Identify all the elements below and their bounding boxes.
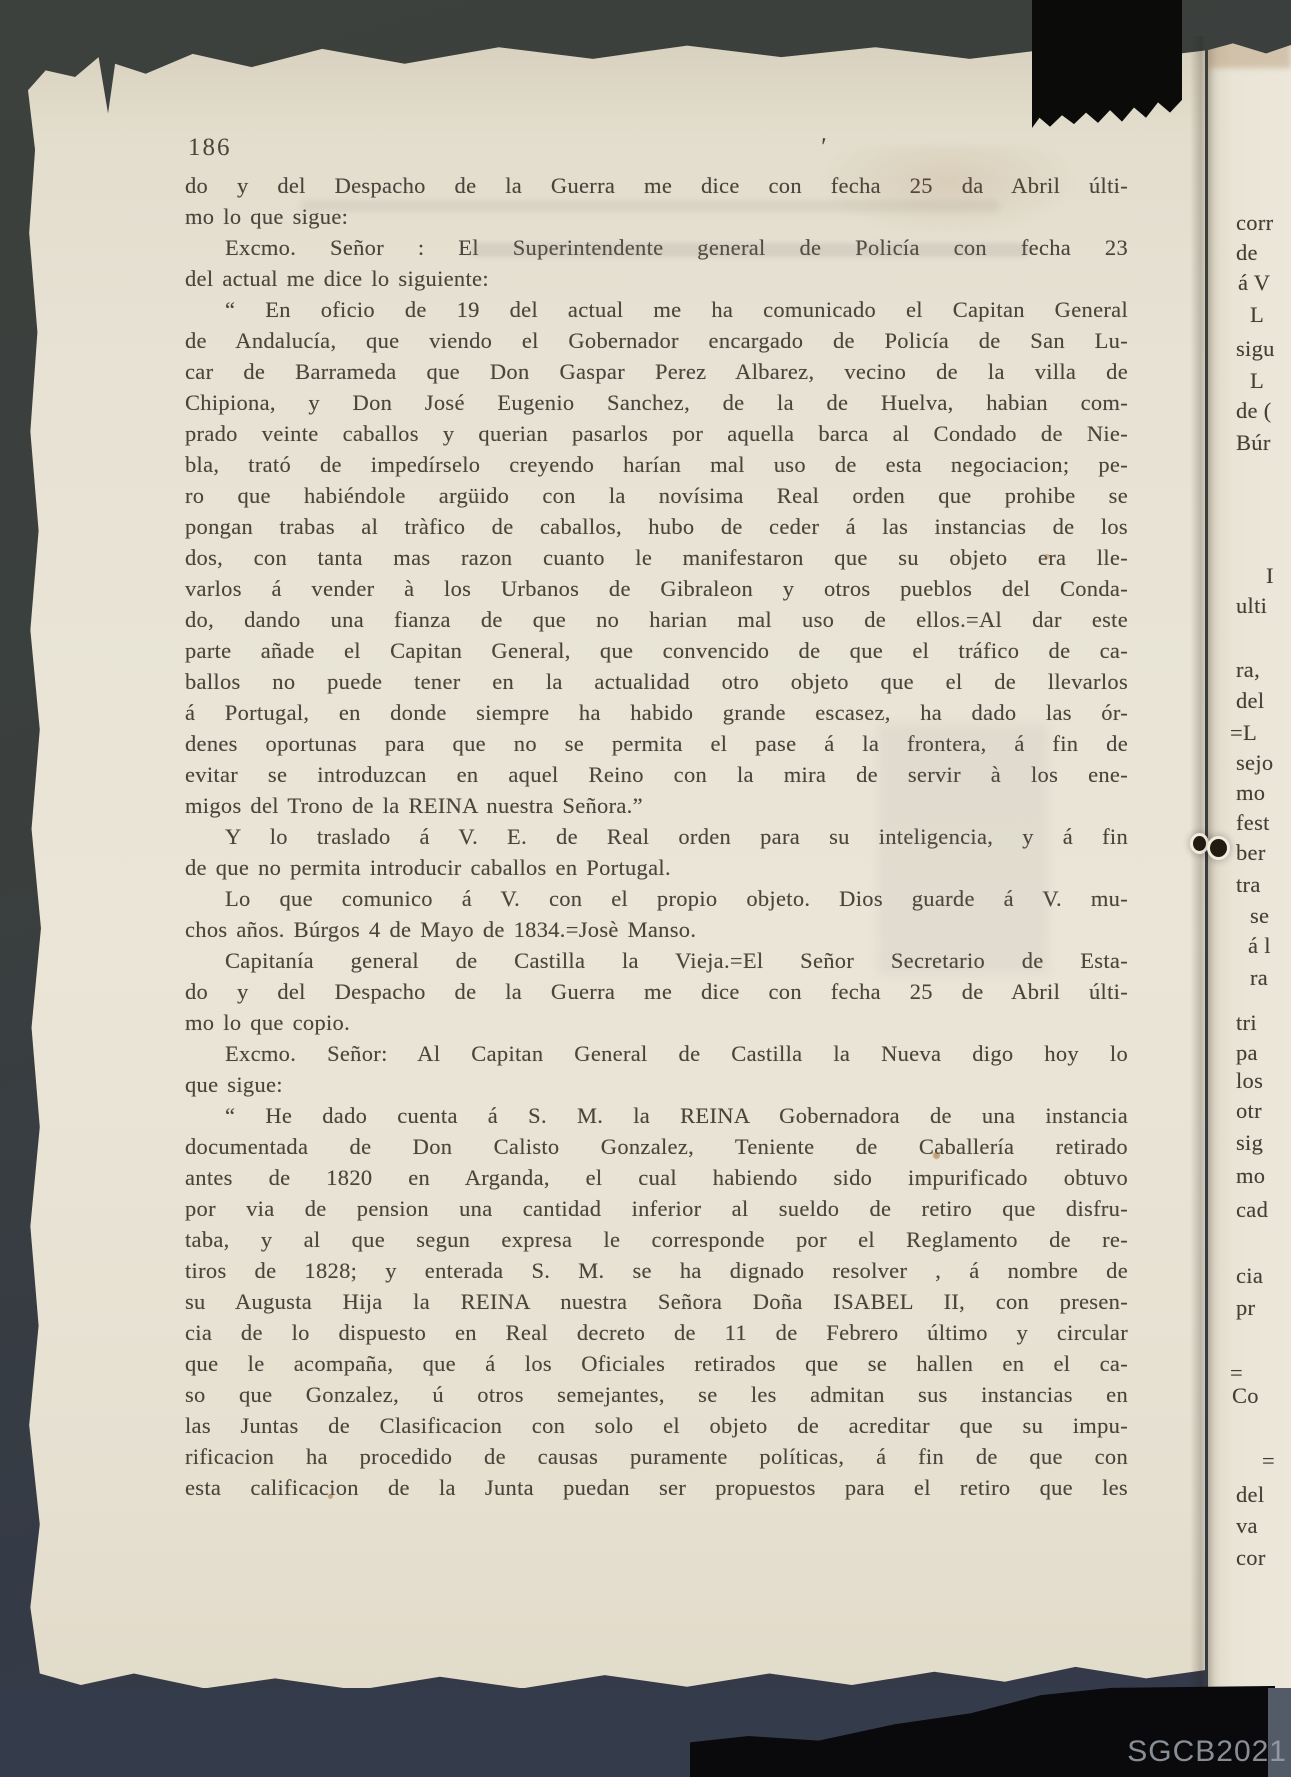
page-number: 186 bbox=[188, 134, 232, 162]
wormhole bbox=[1210, 839, 1227, 857]
next-page-fragment: ra, bbox=[1236, 657, 1260, 683]
text-line: Y lo traslado á V. E. de Real orden para… bbox=[185, 821, 1128, 852]
text-line: “ En oficio de 19 del actual me ha comun… bbox=[185, 294, 1128, 325]
next-page-fragment: Co bbox=[1232, 1383, 1259, 1409]
text-line: antes de 1820 en Arganda, el cual habien… bbox=[185, 1162, 1128, 1193]
next-page-fragment: ulti bbox=[1236, 593, 1267, 619]
next-page-fragment: Búr bbox=[1236, 430, 1271, 456]
next-page-fragment: =L bbox=[1230, 720, 1257, 746]
text-line: mo lo que copio. bbox=[185, 1007, 1128, 1038]
text-line: migos del Trono de la REINA nuestra Seño… bbox=[185, 790, 1128, 821]
text-line: taba, y al que segun expresa le correspo… bbox=[185, 1224, 1128, 1255]
next-page-fragment: á l bbox=[1248, 933, 1271, 959]
text-line: su Augusta Hija la REINA nuestra Señora … bbox=[185, 1286, 1128, 1317]
text-line: á Portugal, en donde siempre ha habido g… bbox=[185, 697, 1128, 728]
next-page-fragment: ber bbox=[1236, 840, 1266, 866]
text-line: pongan trabas al tràfico de caballos, hu… bbox=[185, 511, 1128, 542]
watermark: SGCB2021 bbox=[1127, 1735, 1287, 1769]
text-line: ro que habiéndole argüido con la novísim… bbox=[185, 480, 1128, 511]
text-line: chos años. Búrgos 4 de Mayo de 1834.=Jos… bbox=[185, 914, 1128, 945]
next-page-fragment: mo bbox=[1236, 780, 1265, 806]
text-line: so que Gonzalez, ú otros semejantes, se … bbox=[185, 1379, 1128, 1410]
text-line: Lo que comunico á V. con el propio objet… bbox=[185, 883, 1128, 914]
next-page-fragment: cor bbox=[1236, 1545, 1266, 1571]
next-page-fragment: sigu bbox=[1236, 336, 1275, 362]
next-page-fragment: mo bbox=[1236, 1163, 1265, 1189]
text-line: tiros de 1828; y enterada S. M. se ha di… bbox=[185, 1255, 1128, 1286]
text-line: rificacion ha procedido de causas purame… bbox=[185, 1441, 1128, 1472]
text-line: do y del Despacho de la Guerra me dice c… bbox=[185, 170, 1128, 201]
text-line: esta calificacion de la Junta puedan ser… bbox=[185, 1472, 1128, 1503]
text-line: cia de lo dispuesto en Real decreto de 1… bbox=[185, 1317, 1128, 1348]
text-line: documentada de Don Calisto Gonzalez, Ten… bbox=[185, 1131, 1128, 1162]
next-page-fragment: L bbox=[1250, 302, 1264, 328]
next-page-fragment: = bbox=[1262, 1448, 1275, 1474]
wormhole bbox=[1193, 836, 1206, 851]
text-line: prado veinte caballos y querian pasarlos… bbox=[185, 418, 1128, 449]
text-line: de que no permita introducir caballos en… bbox=[185, 852, 1128, 883]
text-line: bla, trató de impedírselo creyendo haría… bbox=[185, 449, 1128, 480]
stain bbox=[1208, 40, 1291, 68]
next-page-fragment: los bbox=[1236, 1068, 1263, 1094]
next-page-fragment: pa bbox=[1236, 1040, 1258, 1066]
next-page-fragment: ra bbox=[1250, 965, 1268, 991]
next-page-fragment: de bbox=[1236, 240, 1258, 266]
text-line: do, dando una fianza de que no harian ma… bbox=[185, 604, 1128, 635]
text-line: ballos no puede tener en la actualidad o… bbox=[185, 666, 1128, 697]
text-line: por via de pension una cantidad inferior… bbox=[185, 1193, 1128, 1224]
text-line: de Andalucía, que viendo el Gobernador e… bbox=[185, 325, 1128, 356]
next-page-fragment: tri bbox=[1236, 1010, 1257, 1036]
next-page-fragment: corr bbox=[1236, 210, 1273, 236]
body-text: do y del Despacho de la Guerra me dice c… bbox=[185, 170, 1128, 1503]
text-line: varlos á vender à los Urbanos de Gibrale… bbox=[185, 573, 1128, 604]
text-line: evitar se introduzcan en aquel Reino con… bbox=[185, 759, 1128, 790]
next-page-fragment: de ( bbox=[1236, 398, 1272, 424]
text-line: parte añade el Capitan General, que conv… bbox=[185, 635, 1128, 666]
next-page-fragment: del bbox=[1236, 688, 1264, 714]
next-page-fragment: del bbox=[1236, 1482, 1264, 1508]
text-line: Excmo. Señor: Al Capitan General de Cast… bbox=[185, 1038, 1128, 1069]
next-page-fragment: I bbox=[1266, 563, 1274, 589]
left-page: 186 ' do y del Despacho de la Guerra me … bbox=[28, 34, 1205, 1690]
text-line: “ He dado cuenta á S. M. la REINA Gobern… bbox=[185, 1100, 1128, 1131]
next-page-fragment: sejo bbox=[1236, 750, 1273, 776]
next-page-fragment: fest bbox=[1236, 810, 1270, 836]
next-page-fragment: L bbox=[1250, 368, 1264, 394]
right-page-sliver: corrdeá VLsiguLde (BúrIultira,del=Lsejom… bbox=[1208, 40, 1291, 1725]
text-line: do y del Despacho de la Guerra me dice c… bbox=[185, 976, 1128, 1007]
text-line: que le acompaña, que á los Oficiales ret… bbox=[185, 1348, 1128, 1379]
next-page-fragment: tra bbox=[1236, 872, 1261, 898]
text-line: que sigue: bbox=[185, 1069, 1128, 1100]
text-line: Capitanía general de Castilla la Vieja.=… bbox=[185, 945, 1128, 976]
scanned-book-photo: 186 ' do y del Despacho de la Guerra me … bbox=[0, 0, 1291, 1777]
next-page-fragment: cad bbox=[1236, 1197, 1268, 1223]
next-page-fragment: á V bbox=[1238, 270, 1270, 296]
text-line: Excmo. Señor : El Superintendente genera… bbox=[185, 232, 1128, 263]
next-page-fragment: va bbox=[1236, 1513, 1258, 1539]
next-page-fragment: se bbox=[1250, 903, 1269, 929]
text-line: mo lo que sigue: bbox=[185, 201, 1128, 232]
text-line: Chipiona, y Don José Eugenio Sanchez, de… bbox=[185, 387, 1128, 418]
text-line: del actual me dice lo siguiente: bbox=[185, 263, 1128, 294]
text-line: car de Barrameda que Don Gaspar Perez Al… bbox=[185, 356, 1128, 387]
text-line: denes oportunas para que no se permita e… bbox=[185, 728, 1128, 759]
stray-ink-mark: ' bbox=[817, 132, 828, 162]
text-line: las Juntas de Clasificacion con solo el … bbox=[185, 1410, 1128, 1441]
text-line: dos, con tanta mas razon cuanto le manif… bbox=[185, 542, 1128, 573]
next-page-fragment: cia bbox=[1236, 1263, 1263, 1289]
next-page-fragment: pr bbox=[1236, 1295, 1255, 1321]
next-page-fragment: otr bbox=[1236, 1098, 1262, 1124]
next-page-fragment: sig bbox=[1236, 1130, 1263, 1156]
